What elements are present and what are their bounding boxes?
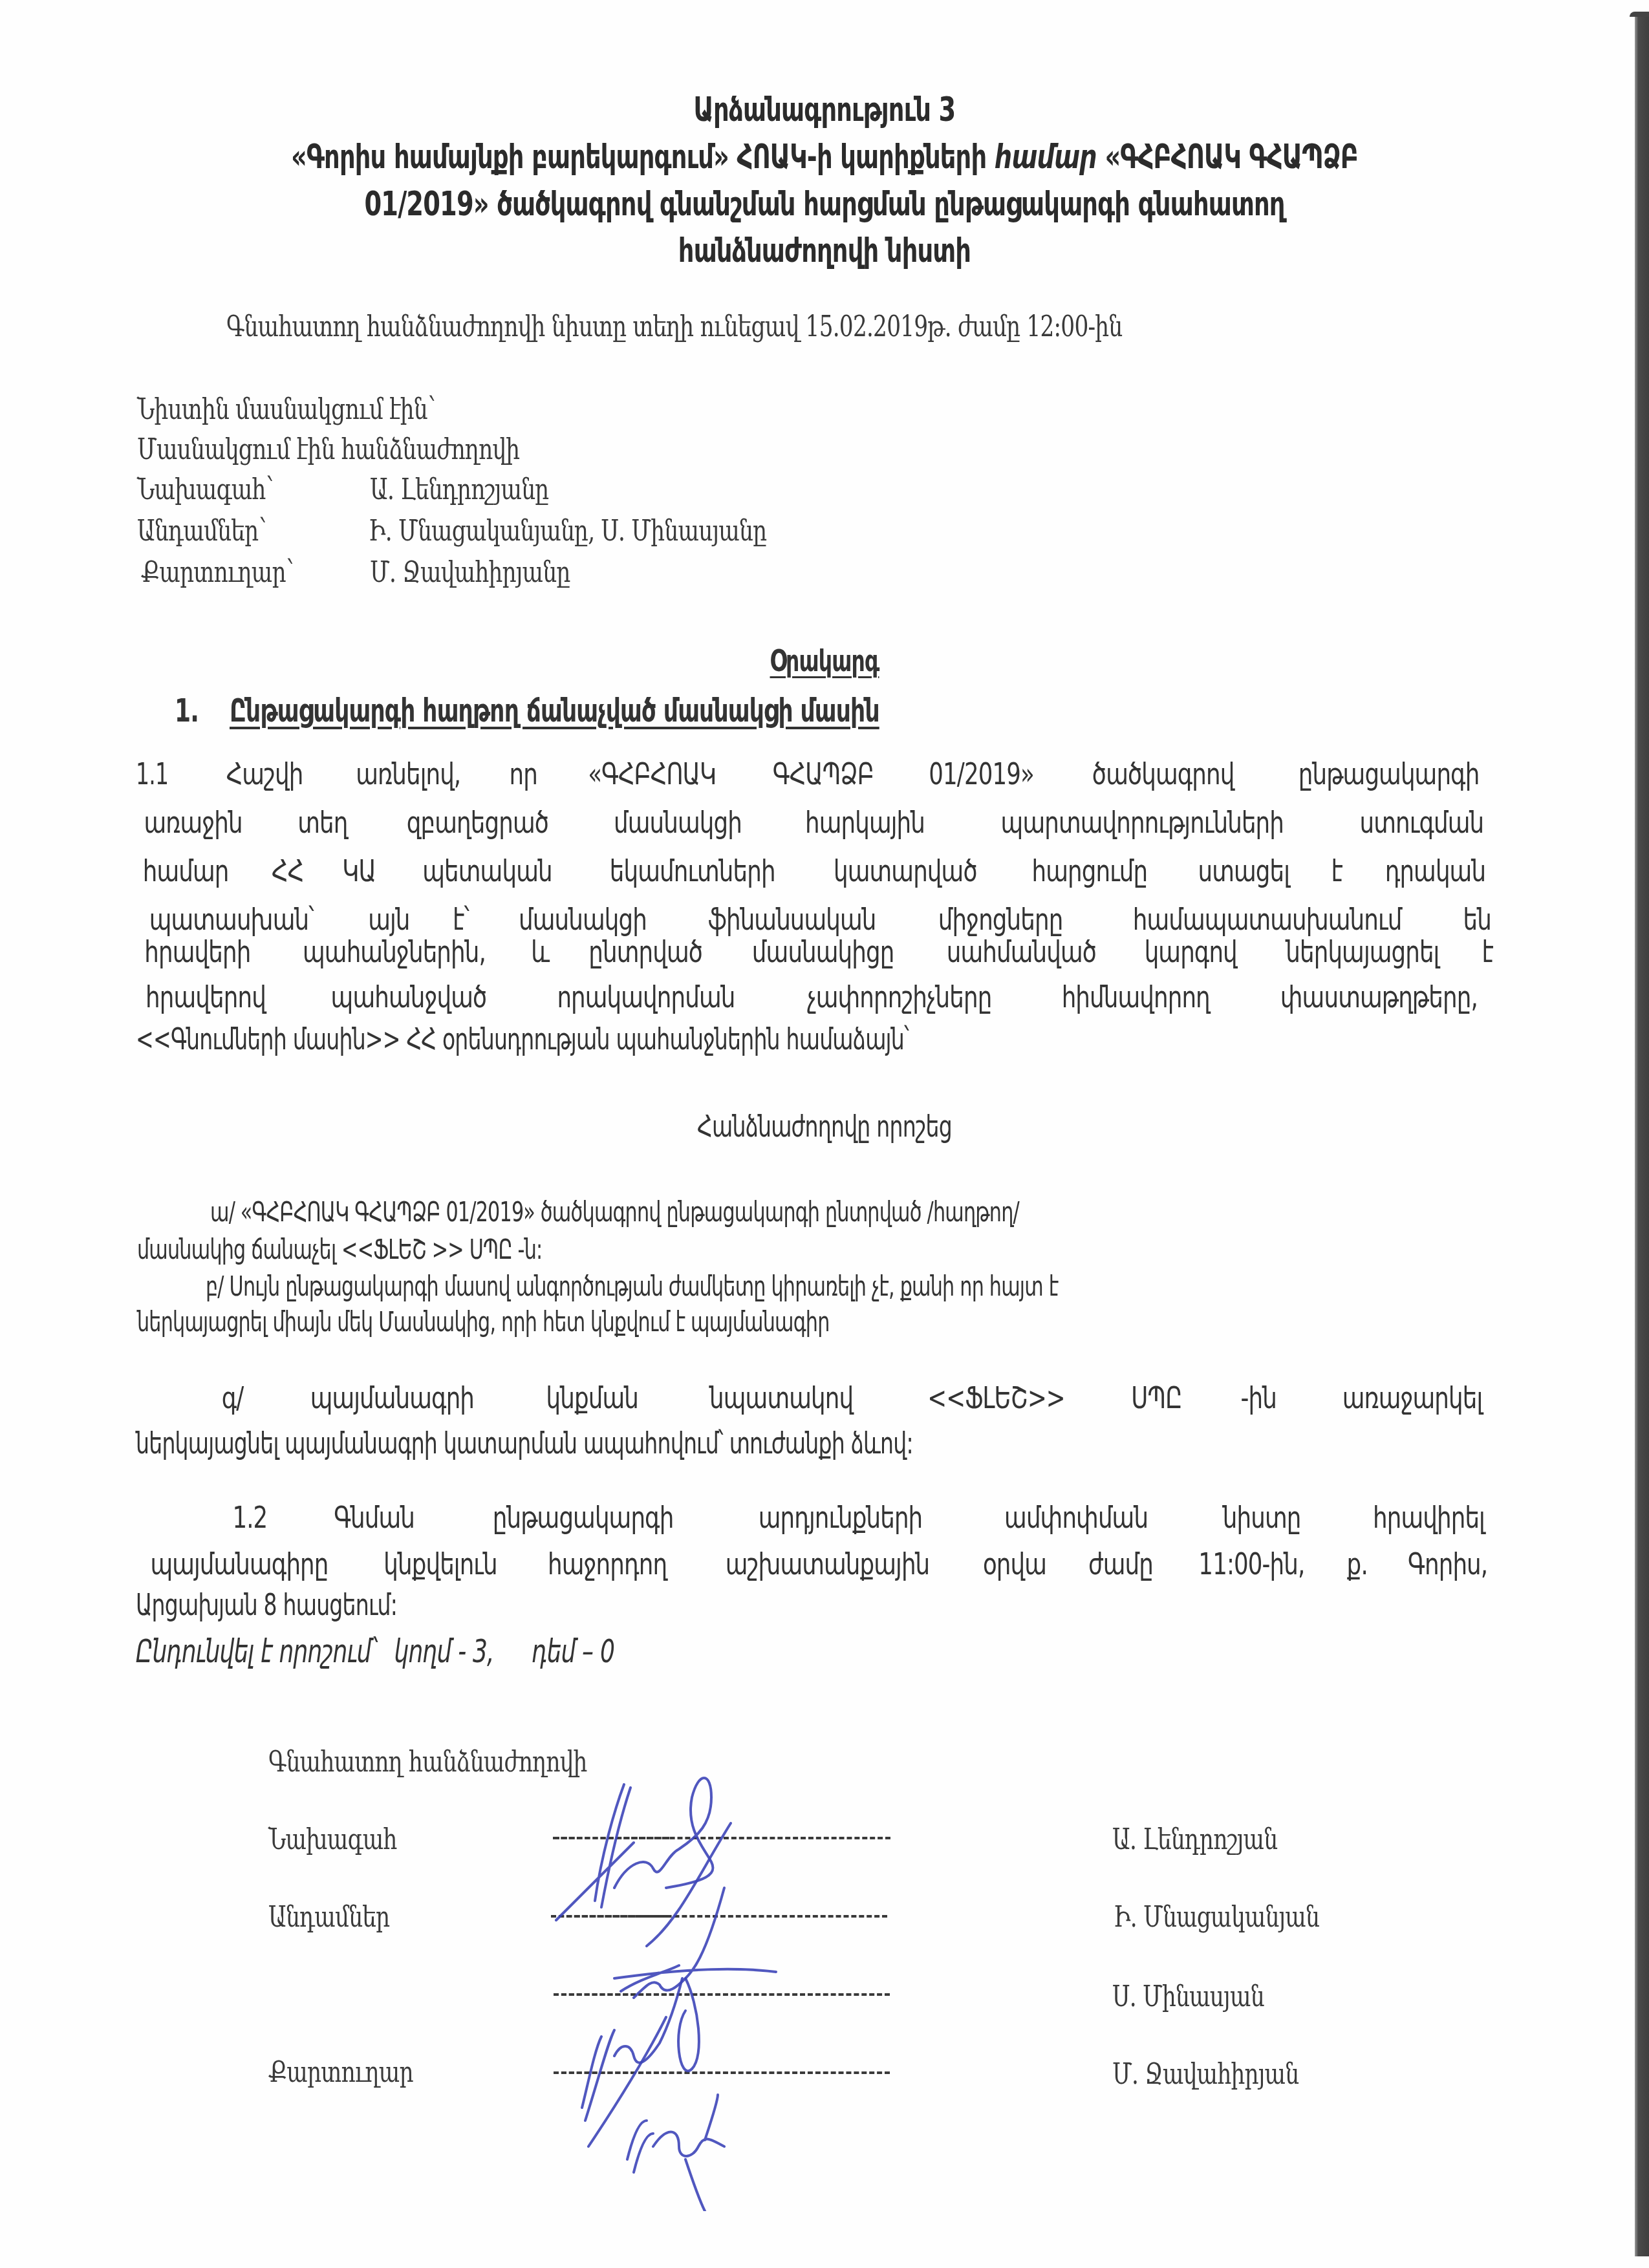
word: պահանջներին,	[303, 934, 486, 969]
word: մասնակցի	[614, 805, 742, 840]
word: որ	[510, 756, 537, 791]
word: սահմանված	[947, 934, 1096, 969]
word: 11:00-ին,	[1198, 1546, 1304, 1581]
signatures-heading: Գնահատող հանձնաժողովի	[268, 1746, 587, 1779]
agenda-heading: Օրակարգ	[242, 643, 1406, 678]
word: ք.	[1347, 1546, 1368, 1581]
word: առնելով,	[356, 756, 460, 791]
section-1-1-line-4: պատասխան՝ այն է՝ մասնակցի ֆինանսական միջ…	[136, 902, 1494, 937]
word: ամփոփման	[1004, 1500, 1148, 1535]
word: ստացել	[1198, 853, 1289, 888]
secretary-name: Մ. Ջավահիրյանը	[370, 556, 570, 589]
word: ներկայացրել	[1286, 934, 1439, 969]
section-1-1-line-2: առաջին տեղ զբաղեցրած մասնակցի հարկային պ…	[136, 805, 1494, 840]
word: «ԳՀԲՀՈԱԿ	[588, 756, 716, 791]
decision-item-a-line-2: մասնակից ճանաչել <<ՖԼԵՇ >> ՍՊԸ -ն:	[137, 1234, 542, 1265]
word: 01/2019»	[929, 756, 1034, 791]
word: հարցումը	[1032, 853, 1148, 888]
word: ՀՀ	[272, 853, 303, 888]
word: հրավերով	[145, 979, 266, 1014]
word: ՍՊԸ	[1132, 1380, 1182, 1415]
role-chairman: Նախագահ՝	[137, 473, 273, 506]
section-1-1-line-1: Հաշվի առնելով, որ «ԳՀԲՀՈԱԿ ԳՀԱՊՁԲ 01/201…	[220, 756, 1494, 791]
word: փաստաթղթերը,	[1280, 979, 1478, 1014]
subtitle-code: «ԳՀԲՀՈԱԿ ԳՀԱՊՁԲ	[1105, 138, 1358, 177]
vote-result: Ընդունվել է որոշում՝ կողմ - 3, դեմ – 0	[136, 1632, 614, 1670]
word: օրվա	[983, 1546, 1046, 1581]
handwritten-signatures-icon	[517, 1759, 970, 2211]
word: պահանջված	[331, 979, 487, 1014]
vote-for: կողմ - 3,	[394, 1632, 493, 1670]
word: զբաղեցրած	[407, 805, 548, 840]
decision-heading: Հանձնաժողովը որոշեց	[242, 1109, 1406, 1144]
document-title: Արձանագրություն 3	[228, 91, 1421, 129]
word: է՝	[453, 902, 469, 937]
meeting-info: Գնահատող հանձնաժողովի նիստը տեղի ունեցավ…	[226, 310, 1122, 343]
section-1-1-number: 1.1	[136, 756, 168, 791]
word: որակավորման	[557, 979, 735, 1014]
word: <<ՖԼԵՇ>>	[927, 1380, 1065, 1415]
word: հաջորդող	[548, 1546, 667, 1581]
decision-item-b-line-1: բ/ Սույն ընթացակարգի մասով անգործության …	[206, 1270, 1058, 1302]
word: կնքվելուն	[383, 1546, 497, 1581]
agenda-heading-text: Օրակարգ	[770, 643, 879, 678]
participants-intro: Նիստին մասնակցում էին՝	[137, 393, 435, 426]
signature-role-secretary: Քարտուղար	[268, 2056, 413, 2089]
word: չափորոշիչները	[807, 979, 991, 1014]
document-subtitle-line-2: 01/2019» ծածկագրով գնանշման հարցման ընթա…	[228, 185, 1421, 224]
word: ֆինանսական	[708, 902, 876, 937]
subtitle-italic-word: համար	[995, 138, 1097, 177]
word: համապատասխանում	[1132, 902, 1401, 937]
section-1-2-line-3: Արցախյան 8 հասցեում:	[136, 1587, 397, 1622]
word: Հաշվի	[226, 756, 303, 791]
word: ստուգման	[1360, 805, 1484, 840]
role-secretary: Քարտուղար՝	[141, 556, 294, 589]
signature-name-member-1: Ի. Մնացականյան	[1114, 1901, 1319, 1934]
document-subtitle-line-1: «Գորիս համայնքի բարեկարգում» ՀՈԱԿ-ի կարի…	[228, 138, 1421, 177]
document-subtitle-line-3: հանձնաժողովի նիստի	[228, 231, 1421, 270]
word: համար	[143, 853, 229, 888]
scanned-document-page: Արձանագրություն 3 «Գորիս համայնքի բարեկա…	[0, 0, 1649, 2268]
word: ընթացակարգի	[493, 1500, 674, 1535]
word: եկամուտների	[610, 853, 775, 888]
word: մասնակցի	[519, 902, 647, 937]
word: 1.2	[232, 1500, 267, 1535]
section-1-1-line-3: համար ՀՀ ԿԱ պետական եկամուտների կատարված…	[136, 853, 1494, 888]
word: պետական	[423, 853, 552, 888]
word: կատարված	[834, 853, 977, 888]
word: այն	[368, 902, 409, 937]
word: գ/	[222, 1380, 244, 1415]
signature-name-secretary: Մ. Ջավահիրյան	[1112, 2058, 1299, 2091]
word: կարգով	[1145, 934, 1237, 969]
word: կնքման	[546, 1380, 638, 1415]
word: և	[531, 934, 549, 969]
section-1-1-last-line: <<Գնումների մասին>> ՀՀ օրենսդրության պահ…	[136, 1022, 909, 1056]
word: -ին	[1240, 1380, 1276, 1415]
word: են	[1463, 902, 1491, 937]
word: ծածկագրով	[1092, 756, 1234, 791]
word: տեղ	[297, 805, 347, 840]
word: միջոցները	[938, 902, 1062, 937]
decision-item-a-line-1: ա/ «ԳՀԲՀՈԱԿ ԳՀԱՊՁԲ 01/2019» ծածկագրով ըն…	[210, 1196, 1019, 1228]
signature-dashed-rule-4	[554, 2071, 890, 2074]
word: ընթացակարգի	[1299, 756, 1480, 791]
vote-label: Ընդունվել է որոշում՝	[136, 1632, 376, 1670]
signature-name-chairman: Ա. Լենդրոշյան	[1112, 1823, 1277, 1856]
word: հրավերի	[144, 934, 250, 969]
word: ընտրված	[588, 934, 702, 969]
scan-border-corner	[1630, 12, 1649, 17]
decision-item-b-line-2: ներկայացրել միայն մեկ Մասնակից, որի հետ …	[137, 1306, 830, 1338]
signature-dashed-rule-2	[551, 1915, 887, 1918]
decision-item-c-line-2: ներկայացնել պայմանագրի կատարման ապահովու…	[136, 1426, 913, 1460]
agenda-item-title: Ընթացակարգի հաղթող ճանաչված մասնակցի մաս…	[230, 692, 879, 729]
signature-role-members: Անդամներ	[268, 1901, 389, 1934]
word: ԿԱ	[343, 853, 376, 888]
word: առաջին	[144, 805, 242, 840]
committee-intro: Մասնակցում էին հանձնաժողովի	[137, 433, 519, 466]
word: ԳՀԱՊՁԲ	[773, 756, 874, 791]
word: է	[1482, 934, 1493, 969]
word: հարկային	[805, 805, 925, 840]
signature-dashed-rule-3	[554, 1993, 890, 1996]
word: նիստը	[1223, 1500, 1301, 1535]
signature-dashed-rule-1	[554, 1837, 890, 1839]
word: պայմանագիրը	[150, 1546, 328, 1581]
word: պայմանագրի	[310, 1380, 474, 1415]
word: արդյունքների	[759, 1500, 923, 1535]
word: դրական	[1385, 853, 1485, 888]
word: նպատակով	[709, 1380, 853, 1415]
word: պատասխան՝	[149, 902, 314, 937]
word: հիմնավորող	[1061, 979, 1209, 1014]
section-1-1-line-6: հրավերով պահանջված որակավորման չափորոշիչ…	[136, 979, 1494, 1014]
word: ժամը	[1088, 1546, 1153, 1581]
word: պարտավորությունների	[1000, 805, 1283, 840]
section-1-1-line-5: հրավերի պահանջներին, և ընտրված մասնակիցը…	[136, 934, 1494, 969]
word: առաջարկել	[1342, 1380, 1483, 1415]
decision-item-c-line-1: գ/ պայմանագրի կնքման նպատակով <<ՖԼԵՇ>> Ս…	[220, 1380, 1494, 1415]
scan-border-edge	[1635, 12, 1649, 2256]
word: հրավիրել	[1373, 1500, 1485, 1535]
section-1-2-line-1: 1.2 Գնման ընթացակարգի արդյունքների ամփոփ…	[230, 1500, 1494, 1535]
vote-against: դեմ – 0	[532, 1632, 614, 1670]
signature-name-member-2: Ս. Մինասյան	[1112, 1980, 1264, 2013]
role-members: Անդամներ՝	[137, 515, 266, 548]
subtitle-part: «Գորիս համայնքի բարեկարգում» ՀՈԱԿ-ի կարի…	[291, 138, 986, 177]
section-1-2-line-2: պայմանագիրը կնքվելուն հաջորդող աշխատանքա…	[136, 1546, 1494, 1581]
agenda-item-number: 1.	[175, 692, 199, 729]
chairman-name: Ա. Լենդրոշյանը	[370, 473, 548, 506]
word: աշխատանքային	[725, 1546, 929, 1581]
members-names: Ի. Մնացականյանը, Ս. Մինասյանը	[369, 515, 766, 548]
signature-role-chairman: Նախագահ	[268, 1823, 397, 1856]
word: է	[1331, 853, 1342, 888]
word: Գորիս,	[1408, 1546, 1487, 1581]
word: Գնման	[334, 1500, 415, 1535]
word: մասնակիցը	[752, 934, 894, 969]
